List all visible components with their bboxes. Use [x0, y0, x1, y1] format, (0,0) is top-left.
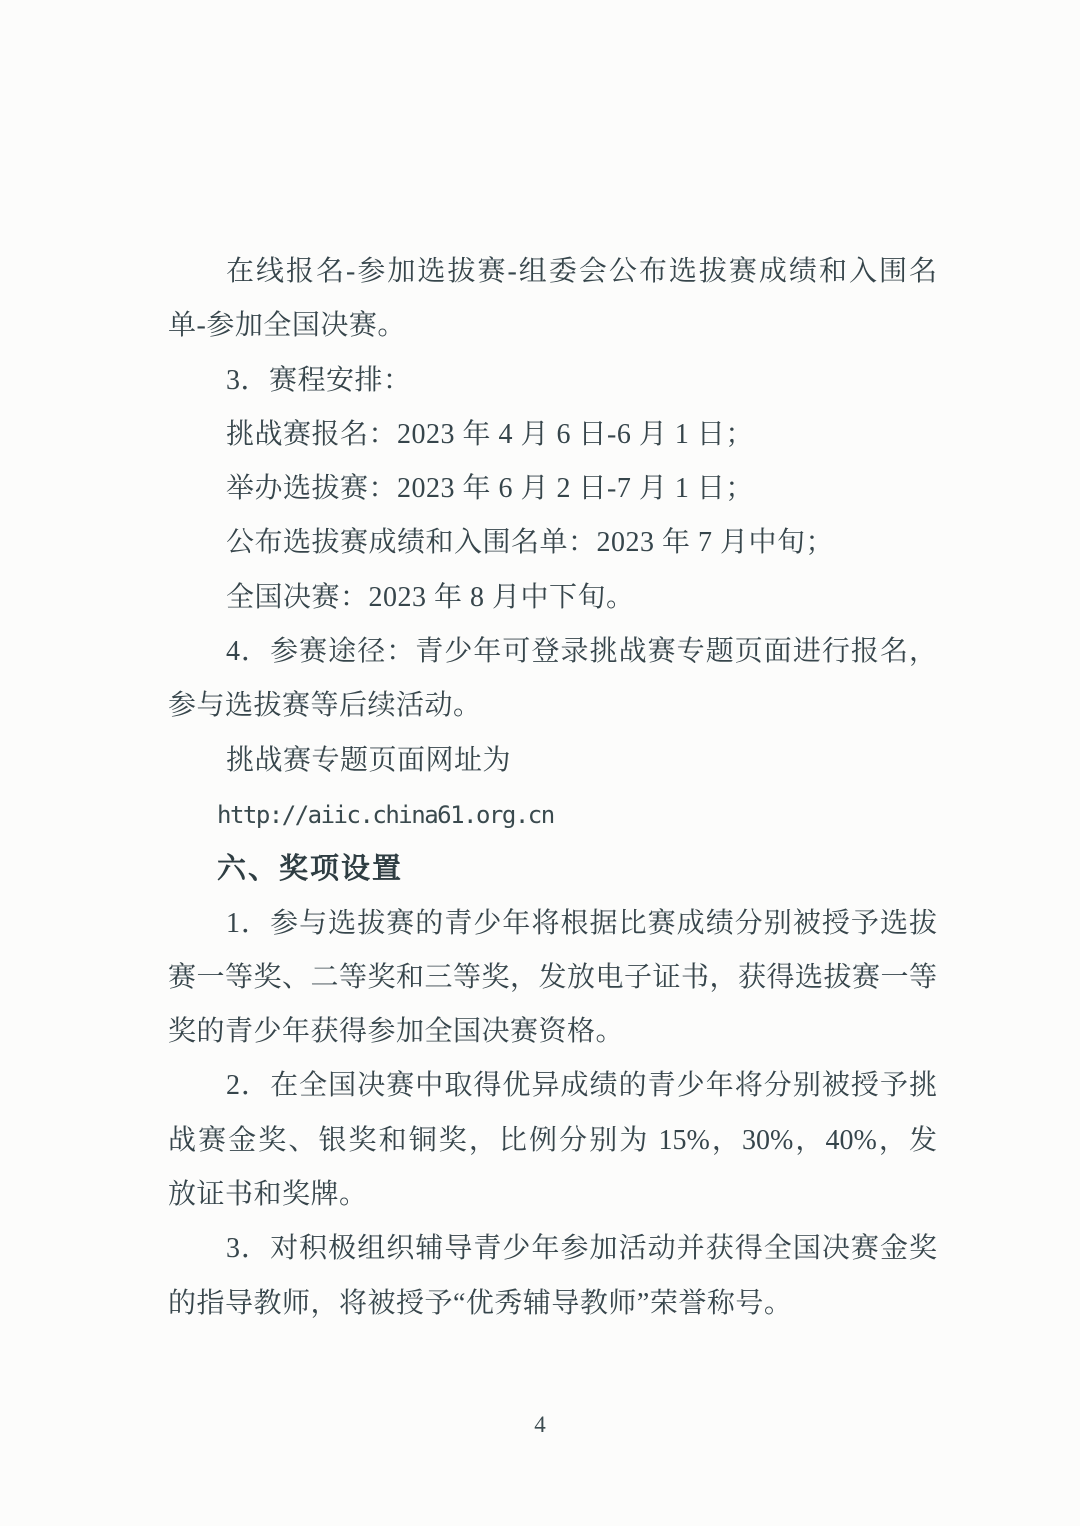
text-line: 赛一等奖、二等奖和三等奖，发放电子证书，获得选拔赛一等	[168, 951, 937, 1005]
list-item-3-schedule: 3．赛程安排：	[168, 354, 937, 408]
text-line: 放证书和奖牌。	[168, 1168, 937, 1222]
award-item-1: 1．参与选拔赛的青少年将根据比赛成绩分别被授予选拔	[168, 897, 937, 951]
url-text: http://aiic.china61.org.cn	[168, 788, 937, 842]
document-page: 在线报名-参加选拔赛-组委会公布选拔赛成绩和入围名 单-参加全国决赛。 3．赛程…	[0, 0, 1080, 1526]
schedule-selection: 举办选拔赛：2023 年 6 月 2 日-7 月 1 日；	[168, 462, 937, 516]
text-line: 奖的青少年获得参加全国决赛资格。	[168, 1005, 937, 1059]
schedule-results: 公布选拔赛成绩和入围名单：2023 年 7 月中旬；	[168, 516, 937, 570]
text-line: 在线报名-参加选拔赛-组委会公布选拔赛成绩和入围名	[168, 245, 937, 299]
page-number: 4	[0, 1412, 1080, 1438]
schedule-final: 全国决赛：2023 年 8 月中下旬。	[168, 571, 937, 625]
text-line: 战赛金奖、银奖和铜奖，比例分别为 15%，30%，40%，发	[168, 1114, 937, 1168]
text-line: 的指导教师，将被授予“优秀辅导教师”荣誉称号。	[168, 1277, 937, 1331]
list-item-4-participation: 4．参赛途径：青少年可登录挑战赛专题页面进行报名，	[168, 625, 937, 679]
section-heading-awards: 六、奖项设置	[168, 842, 937, 896]
text-line: 单-参加全国决赛。	[168, 299, 937, 353]
url-intro-line: 挑战赛专题页面网址为	[168, 734, 937, 788]
award-item-2: 2．在全国决赛中取得优异成绩的青少年将分别被授予挑	[168, 1059, 937, 1113]
schedule-registration: 挑战赛报名：2023 年 4 月 6 日-6 月 1 日；	[168, 408, 937, 462]
award-item-3: 3．对积极组织辅导青少年参加活动并获得全国决赛金奖	[168, 1222, 937, 1276]
text-line: 参与选拔赛等后续活动。	[168, 679, 937, 733]
text-block: 在线报名-参加选拔赛-组委会公布选拔赛成绩和入围名 单-参加全国决赛。 3．赛程…	[168, 245, 937, 1331]
